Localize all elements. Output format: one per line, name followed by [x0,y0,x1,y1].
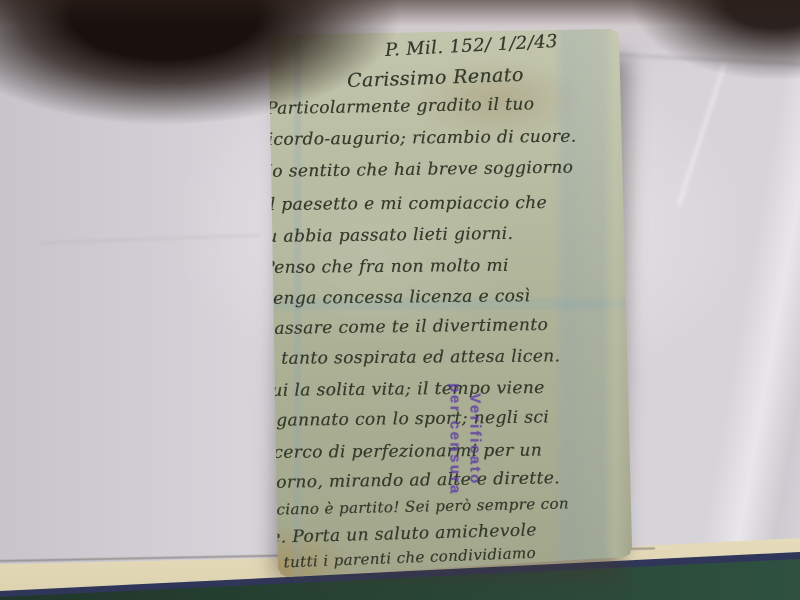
handwriting-line: tu abbia passato lieti giorni. [259,226,513,246]
handwriting-line: Luciano è partito! Sei però sempre con [256,496,569,518]
date-line: P. Mil. 152/ 1/2/43 [385,33,559,60]
handwriting-line: venga concessa licenza e così [263,288,530,308]
censor-stamp-line1: Verificato [465,342,485,538]
photograph-of-postcard: P. Mil. 152/ 1/2/43 Carissimo Renato Par… [0,0,800,600]
handwriting-line: e cerco di perfezionarmi per un [257,443,542,462]
handwriting-line: te. Porta un saluto amichevole [263,522,537,547]
handwriting-line: ricordo-augurio; ricambio di cuore. [259,129,577,149]
handwriting-line: giorno, mirando ad alte e dirette. [259,470,560,492]
handwriting-line: passare come te il divertimento [263,317,548,338]
handwriting-line: Qui la solita vita; il tempo viene [257,380,545,400]
handwriting-line: al paesetto e mi compiaccio che [259,195,547,214]
handwriting-line: Ho sentito che hai breve soggiorno [257,160,573,181]
censor-stamp: Verificato per censura [446,342,485,538]
censor-stamp-line2: per censura [446,342,466,538]
photo-shadow-top-band [0,0,800,26]
handwriting-line: la tanto sospirata ed attesa licen. [259,348,560,368]
handwriting-line: Penso che fra non molto mi [263,258,509,277]
handwriting-line: ingannato con lo sport; negli sci [259,409,549,430]
